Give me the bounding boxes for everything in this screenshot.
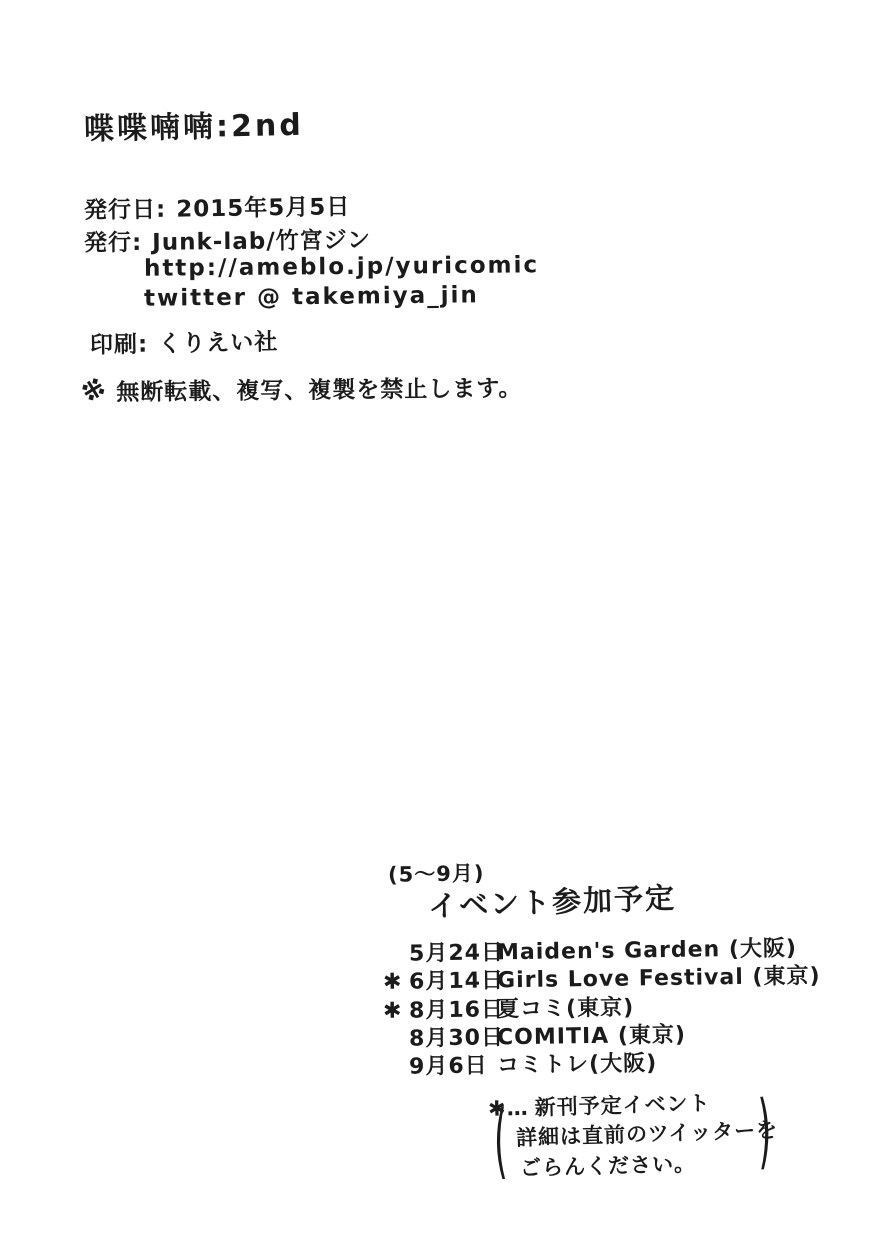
reference-mark-icon: ※ — [77, 375, 110, 410]
publish-date-label: 発行日: — [84, 197, 167, 224]
footnote-detail-line2: ごらんください。 — [520, 1148, 697, 1183]
event-date: 6月14日 — [409, 963, 497, 995]
footnote-paren-close: ) — [757, 1083, 772, 1180]
footnote-paren-open: ( — [493, 1093, 508, 1190]
publisher-line: 発行:Junk-lab/竹宮ジン — [84, 221, 371, 257]
footnote-legend-text: 新刊予定イベント — [534, 1091, 711, 1120]
publish-date-line: 発行日:2015年5月5日 — [84, 188, 351, 225]
new-release-mark-icon: ✱ — [383, 999, 409, 1024]
event-date: 9月6日 — [409, 1048, 497, 1080]
printer-label: 印刷: — [90, 332, 149, 359]
event-row: 9月6日コミトレ(大阪) — [383, 1044, 803, 1078]
twitter-handle: twitter @ takemiya_jin — [144, 282, 479, 312]
scanned-afterword-page: 喋喋喃喃:2nd 発行日:2015年5月5日 発行:Junk-lab/竹宮ジン … — [0, 0, 869, 1253]
page-title: 喋喋喃喃:2nd — [84, 100, 305, 149]
event-row: ✱6月14日Girls Love Festival (東京) — [383, 959, 803, 993]
event-name: コミトレ(大阪) — [497, 1051, 657, 1078]
copyright-notice: ※無断転載、複写、複製を禁止します。 — [80, 370, 523, 408]
publisher-value: Junk-lab/竹宮ジン — [152, 227, 371, 255]
events-heading: イベント参加予定 — [427, 876, 676, 926]
copyright-notice-text: 無断転載、複写、複製を禁止します。 — [116, 376, 522, 406]
printer-value: くりえい社 — [158, 329, 278, 357]
website-url: http://ameblo.jp/yuricomic — [144, 252, 539, 281]
printer-line: 印刷:くりえい社 — [90, 323, 279, 359]
publish-date-value: 2015年5月5日 — [176, 194, 350, 222]
publisher-label: 発行: — [84, 230, 142, 257]
new-release-mark-icon: ✱ — [383, 970, 409, 995]
